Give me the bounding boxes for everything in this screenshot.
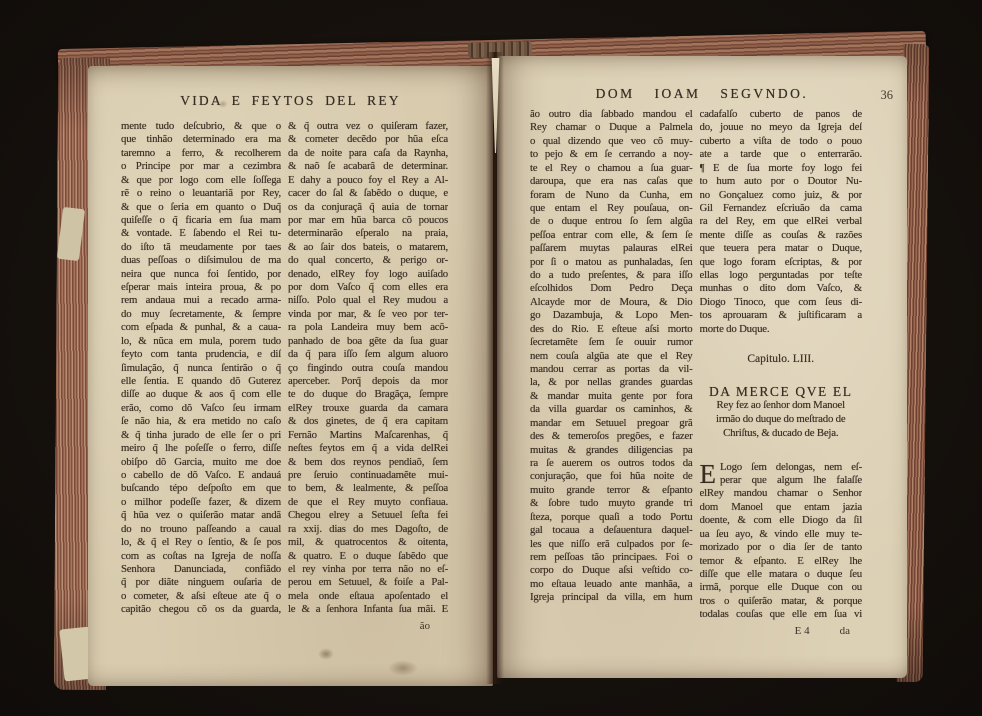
text-line: la, & por nellas grandes guardas [530, 376, 693, 389]
text-line: to pejo & em ſe cerrando a noy- [530, 148, 693, 161]
text-line: do iſto tã meudamente por taes [121, 241, 281, 254]
text-line: des & temeroſos pregões, e fazer [530, 430, 693, 443]
text-line: com eſpada & punhal, & a caua- [121, 321, 281, 334]
text-line: ra del Rey, em que elRei verbal [700, 215, 863, 228]
text-line: ſteza, porque quaſi a todo Portu [530, 511, 693, 524]
left-page-column-2: & q̃ outra vez o quiſeram fazer,& comete… [288, 120, 448, 617]
text-line: Fernão Martins Maſcarenhas, q̃ [288, 429, 448, 442]
text-line: irmão do duque do meſtrado de [700, 413, 863, 427]
text-line: perou em Setuuel, & foiſe a Pal- [288, 576, 448, 589]
text-line: mandou cerrar as portas da vil- [530, 363, 693, 376]
text-line: morizado por o dia ſer de tanto [700, 541, 863, 554]
text-line: o milhor podeſſe fazer, & dizem [121, 496, 281, 509]
text-line: des do Rio. E eſteue aſsi morto [530, 323, 693, 336]
text-line: & bem dos reynos pendiaõ, ſem [288, 456, 448, 469]
text-line: elRey mandou chamar o Senhor [700, 487, 863, 500]
stain [318, 648, 334, 660]
text-line: irmã, porque elle Duque con ou [700, 581, 863, 594]
text-line: peſſoa entrar com elle, & ſem ſe [530, 229, 693, 242]
text-line: panhado de boa gẽte da ſua guar [288, 335, 448, 348]
text-line: & mandar muita gente por fora [530, 390, 693, 403]
text-line: rem andaua mui a recado arma- [121, 294, 281, 307]
right-page-column-2: cadafalſo cuberto de panos dedo, jouue n… [700, 108, 863, 638]
signature-mark: E 4 [795, 625, 810, 638]
text-line: da villa guardar os caminhos, & [530, 403, 693, 416]
catchword: da [840, 625, 850, 638]
text-line: mela onde eſtaua apoſentado el [288, 590, 448, 603]
text-line: eſperar mais inteira proua, & po [121, 281, 281, 294]
text-line: el rey vinha por terra não no eſ- [288, 563, 448, 576]
text-line: gal tocaua a deſauentura daquel- [530, 524, 693, 537]
text-line: do no trouno paſſeando a caual [121, 523, 281, 536]
text-line: Gil Fernandez eſcriuão da cama [700, 202, 863, 215]
text-line: do, jouue no meyo da Igreja deſ [700, 121, 863, 134]
text-line: todalas couſas que elle em ſua vi [700, 608, 863, 621]
text-line: erão, como dõ Vaſco ſeu irmam [121, 402, 281, 415]
left-page-text-block: mente tudo deſcubrio, & que oque tinhão … [121, 120, 448, 617]
text-line: que teuera pera matar o Duque, [700, 242, 863, 255]
text-line: te el Rey o chamou a ſua guar- [530, 162, 693, 175]
text-line: do muy ſecretamente, & ſempre [121, 308, 281, 321]
page-number: 36 [881, 88, 894, 103]
text-line: de o duque entrou ſo ſem algũa [530, 215, 693, 228]
chapter-subtitle: Rey fez ao ſenhor dom Manoelirmão do duq… [700, 399, 863, 440]
text-line: meiro q̃ lhe poſeſſe o ferro, diſſe [121, 442, 281, 455]
text-line: te do duque do Bragãça, ſempre [288, 388, 448, 401]
text-line: Chriſtus, & ducado de Beja. [700, 427, 863, 441]
text-line: mandar em Setuuel pregoar grã [530, 417, 693, 430]
right-page-header-row: DOM IOAM SEGVNDO. 36 [497, 86, 907, 102]
text-line: rẽ o reino o leuantariã por Rey, [121, 187, 281, 200]
text-line: mo eſtaua leuado ante manhãa, a [530, 578, 693, 591]
text-line: & ſobre tudo muyto grande tri [530, 497, 693, 510]
catchword: ão [121, 620, 448, 633]
text-line: & naõ ſe acabarã de determinar. [288, 160, 448, 173]
text-line: muito grande terror & eſpanto [530, 484, 693, 497]
text-line: & que o ſeria em quanto o Duq̃ [121, 201, 281, 214]
text-line: cacer do ſal & ſabẽdo o duque, e [288, 187, 448, 200]
text-line: ua ſeu ayo, & vindo elle muy te- [700, 528, 863, 541]
text-line: diſſe ao duque & aos q̃ com elle [121, 388, 281, 401]
text-line: ra pola Landeira muy bem acõ- [288, 321, 448, 334]
text-line: o cabello de dõ Vaſco. E andauá [121, 469, 281, 482]
text-line: no Gonçaluez como juiz, & por [700, 189, 863, 202]
stain [218, 100, 228, 108]
text-line: & ao ſair dos bateis, o matarem, [288, 241, 448, 254]
text-line: lo, & q̃ el Rey o ſentio, & ſe pos [121, 536, 281, 549]
text-line: Rey chamar o Duque a Palmela [530, 121, 693, 134]
text-line: & vontade. E ſabendo el Rei tu- [121, 227, 281, 240]
text-line: ſimulação, q̃ nunca ſentirão o q̃ [121, 362, 281, 375]
text-line: obiſpo dõ Garcia, muito me doe [121, 456, 281, 469]
text-line: foram de Nuno da Cunha, em [530, 189, 693, 202]
text-line: cuberto a viſta de todo o pouo [700, 135, 863, 148]
text-line: quiſeſſe o q̃ ficaria em ſua mam [121, 214, 281, 227]
text-line: o qual dizendo que veo cõ muy- [530, 135, 693, 148]
text-line: Logo ſem delongas, nem eſ- [720, 461, 862, 474]
text-line: & que por logo com elle ſoſſega [121, 174, 281, 187]
text-line: le & a ſenhora Infanta ſua mãi. E [288, 603, 448, 616]
text-line: Igreja principal da villa, em hum [530, 591, 693, 604]
text-line: denado, elRey foy logo auiſado [288, 268, 448, 281]
text-line: neira que nunca foi ſentido, por [121, 268, 281, 281]
text-line: determinarão eſperalo na praia, [288, 227, 448, 240]
open-book-photo: VIDA E FEYTOS DEL REY mente tudo deſcubr… [0, 0, 982, 716]
text-line: conjuração, que foi hũa noite de [530, 470, 693, 483]
right-page-column-1: ão outro dia ſabbado mandou elRey chamar… [530, 108, 693, 638]
text-line: to bem, & lealmente, & peſſoa [288, 482, 448, 495]
running-header-left: VIDA E FEYTOS DEL REY [88, 93, 493, 109]
text-line: tos aprouaram & juſtificaram a [700, 309, 863, 322]
text-line: munhas o dito dom Vaſco, & [700, 282, 863, 295]
text-line: pre ſeruio continuadamẽte mui- [288, 469, 448, 482]
signature-row: E 4 da [700, 625, 863, 638]
text-line: que tinhão determinado era ma [121, 133, 281, 146]
left-page: VIDA E FEYTOS DEL REY mente tudo deſcubr… [88, 66, 493, 686]
text-line: capitão chegou cõ os da guarda, [121, 603, 281, 616]
right-page-text-block: ão outro dia ſabbado mandou elRey chamar… [530, 108, 862, 638]
text-line: que entam el Rey pouſaua, on- [530, 202, 693, 215]
text-line: & q̃ outra vez o quiſeram fazer, [288, 120, 448, 133]
text-line: cadafalſo cuberto de panos de [700, 108, 863, 121]
drop-cap-initial: E [700, 461, 721, 487]
text-line: elle ſentia. E quando dõ Guterez [121, 375, 281, 388]
text-line: do a tudo preſentes, & para iſſo [530, 269, 693, 282]
text-line: por ſi o matou as punhaladas, ſen [530, 256, 693, 269]
left-page-column-1: mente tudo deſcubrio, & que oque tinhão … [121, 120, 281, 617]
text-line: q̃ hũa vez o quiſerão matar andã [121, 509, 281, 522]
text-line: vinda por mar, & ſe veo por ter- [288, 308, 448, 321]
text-line: por dom Vaſco q̃ com elles era [288, 281, 448, 294]
text-line: elRey trouxe guarda da camara [288, 402, 448, 415]
text-line: to hum auto por o Doutor Nu- [700, 175, 863, 188]
text-line: que logo foram eſcriptas, & por [700, 256, 863, 269]
text-line: nem couſa algũa ate que el Rey [530, 350, 693, 363]
text-line: doente, & com elle Diogo da ſil [700, 514, 863, 527]
text-line: por mar em hũa barca cõ poucos [288, 214, 448, 227]
text-line: duas peſſoas o diſsimulou de ma [121, 254, 281, 267]
text-line: ſecretamẽte ſem ſe ouuir rumor [530, 336, 693, 349]
text-line: tros o quiſerão matar, & porque [700, 595, 863, 608]
text-line: rem peſſoas tão principaes. Foi o [530, 551, 693, 564]
text-line: ¶ E de ſua morte foy logo fei [700, 162, 863, 175]
text-line: ſe não hia, & era metido no caſo [121, 415, 281, 428]
text-line: aperceber. Porq̃ depois da mor [288, 375, 448, 388]
text-line: paſſarem muytas palauras elRei [530, 242, 693, 255]
text-line: ellas logo perguntadas por teſte [700, 269, 863, 282]
text-line: da q̃ para iſſo ſem algum aluoro [288, 348, 448, 361]
column-2-upper-paragraphs: cadafalſo cuberto de panos dedo, jouue n… [700, 108, 863, 336]
text-line: o Principe por mar a cezimbra [121, 160, 281, 173]
text-line: ço fingindo outra couſa mandou [288, 362, 448, 375]
text-line: les que niſſo erã culpados por ſe- [530, 538, 693, 551]
chapter-opening-paragraph: E Logo ſem delongas, nem eſ-perar que al… [700, 461, 863, 622]
text-line: ra xxij. dias do mes Dagoſto, de [288, 523, 448, 536]
text-line: taremno a ferro, & recolherem [121, 147, 281, 160]
text-line: & dos ginetes, de q̃ era capitam [288, 415, 448, 428]
column-2-lower-lines: Logo ſem delongas, nem eſ-perar que algu… [700, 461, 863, 622]
text-line: & quatro. E o duque ſabẽdo que [288, 550, 448, 563]
text-line: de que el Rey muyto confiaua. [288, 496, 448, 509]
text-line: ra ſe auerem os outros todos da [530, 457, 693, 470]
text-line: & cometer decẽdo por hũa eſca [288, 133, 448, 146]
text-line: go Dazambuja, & Lopo Men- [530, 309, 693, 322]
text-line: os da conjuraçã q̃ auia de tornar [288, 201, 448, 214]
text-line: & q̃ tinha jurado de elle ſer o pri [121, 429, 281, 442]
text-line: neſtes feytos em q̃ a vida delRei [288, 442, 448, 455]
running-header-right: DOM IOAM SEGVNDO. [497, 86, 907, 102]
text-line: q̃ por diãte ninguem ouſaria de [121, 576, 281, 589]
text-line: daroupa, que era nas caſas que [530, 175, 693, 188]
text-line: E dahy a pouco foy el Rey a Al- [288, 174, 448, 187]
text-line: mente diſſe as couſas & razões [700, 229, 863, 242]
text-line: corpo do Duque aſsi veſtido co- [530, 564, 693, 577]
text-line: mil, & quatrocentos & oitenta, [288, 536, 448, 549]
stain [388, 660, 418, 676]
text-line: lo, & nũca em mula, porem tudo [121, 335, 281, 348]
text-line: dom Manoel que entam jazia [700, 501, 863, 514]
text-line: morte do Duque. [700, 323, 863, 336]
text-line: o cometer, & aſsi eſteue ate q̃ o [121, 590, 281, 603]
text-line: buſcando tépo deſpoſto em que [121, 482, 281, 495]
text-line: ão outro dia ſabbado mandou el [530, 108, 693, 121]
text-line: Alcayde mor de Moura, & Dio [530, 296, 693, 309]
text-line: perar que algum lhe falaſſe [720, 474, 862, 487]
text-line: do qual concerto, & perigo or- [288, 254, 448, 267]
text-line: Senhora Danunciada, confiãdo [121, 563, 281, 576]
text-line: temor & eſpanto. E elRey lhe [700, 555, 863, 568]
chapter-heading: Capitulo. LIII. [700, 352, 863, 366]
text-line: eſcolhidos Dom Pedro Deça [530, 282, 693, 295]
text-line: Diogo Tinoco, que com ſeus di- [700, 296, 863, 309]
right-page: DOM IOAM SEGVNDO. 36 ão outro dia ſabbad… [497, 56, 907, 678]
text-line: Rey fez ao ſenhor dom Manoel [700, 399, 863, 413]
text-line: com as coſtas na Igreja de noſſa [121, 550, 281, 563]
text-line: muitas & grandes diligencias pa [530, 444, 693, 457]
text-line: ate a tarde que o enterrarão. [700, 148, 863, 161]
chapter-title: DA MERCE QVE EL [700, 384, 863, 399]
text-line: feyto com tanta prudencia, e diſ [121, 348, 281, 361]
text-line: mente tudo deſcubrio, & que o [121, 120, 281, 133]
text-line: niſſo. Polo qual el Rey mudou a [288, 294, 448, 307]
text-line: da de noite para caſa da Raynha, [288, 147, 448, 160]
text-line: Chegou elrey a Setuuel ſeſta fei [288, 509, 448, 522]
text-line: diſſe que elle matara o duque ſeu [700, 568, 863, 581]
